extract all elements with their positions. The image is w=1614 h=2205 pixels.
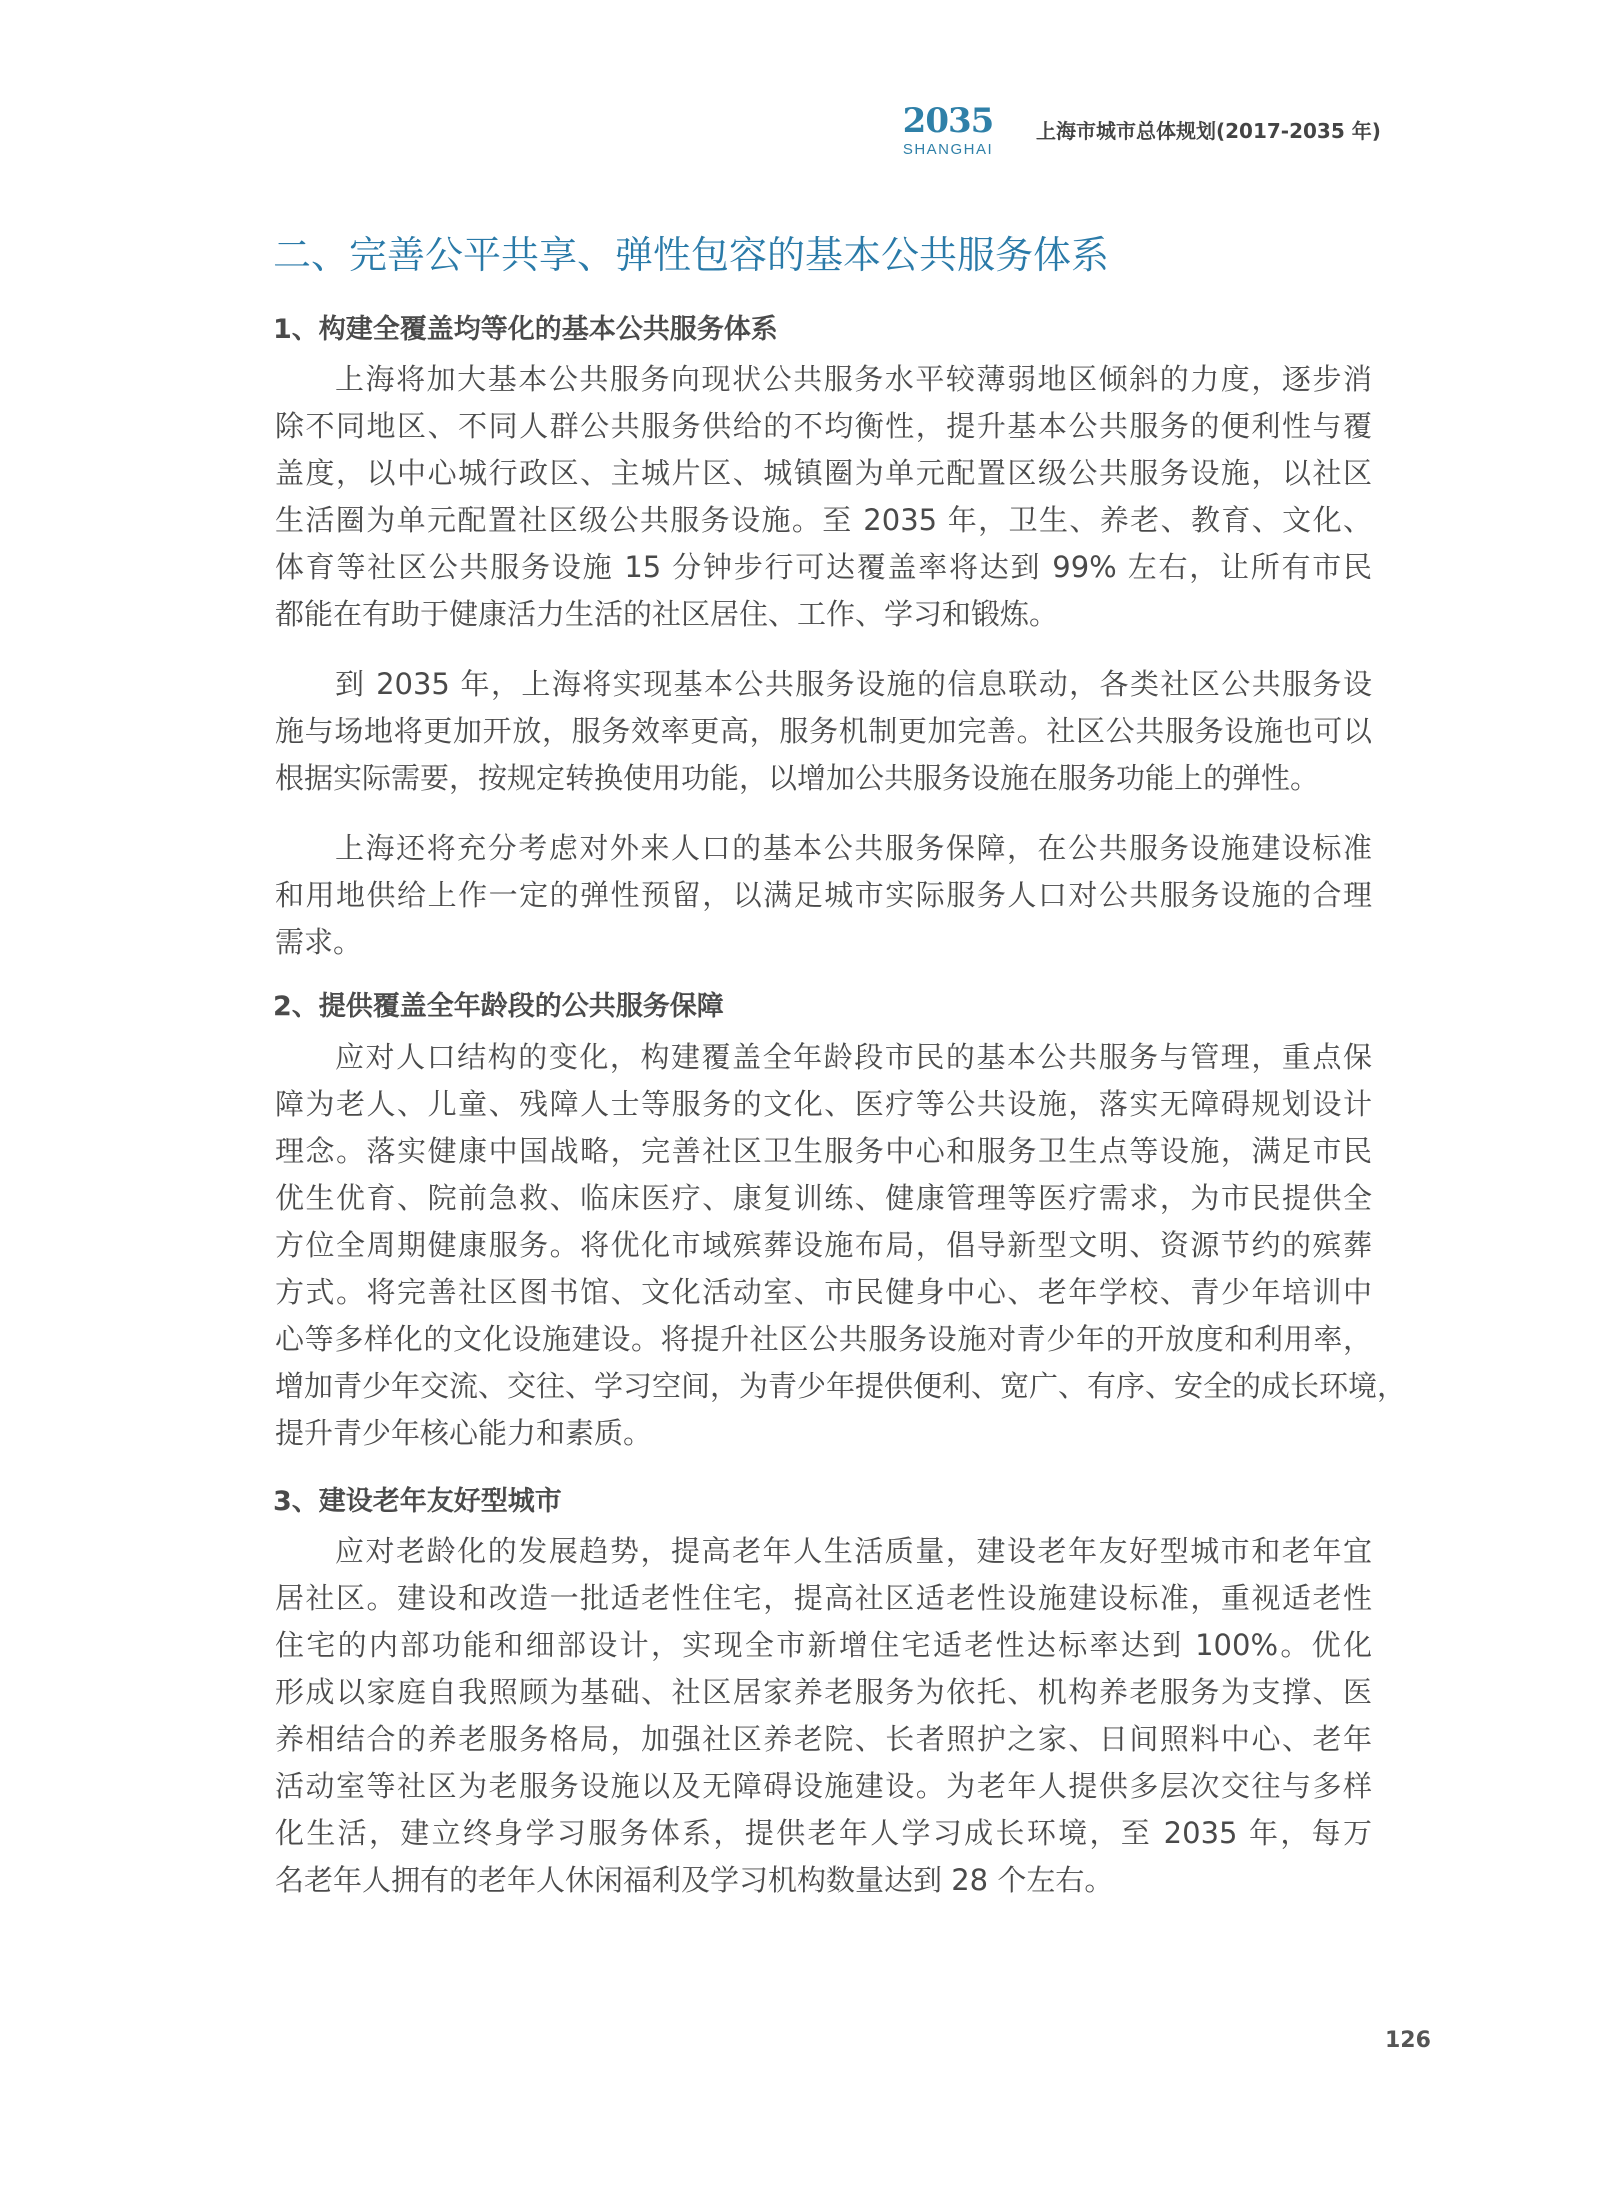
text-line: 养相结合的养老服务格局，加强社区养老院、长者照护之家、日间照料中心、老年 (275, 1722, 1372, 1756)
text-line: 优生优育、院前急救、临床医疗、康复训练、健康管理等医疗需求，为市民提供全 (275, 1181, 1372, 1215)
text-line: 应对人口结构的变化，构建覆盖全年龄段市民的基本公共服务与管理，重点保 (335, 1040, 1372, 1074)
text-line: 形成以家庭自我照顾为基础、社区居家养老服务为依托、机构养老服务为支撑、医 (275, 1675, 1372, 1709)
text-line: 住宅的内部功能和细部设计，实现全市新增住宅适老性达标率达到 100%。优化 (275, 1628, 1372, 1662)
section-title: 二、完善公平共享、弹性包容的基本公共服务体系 (273, 232, 1109, 278)
subsection-heading-3: 3、建设老年友好型城市 (273, 1486, 562, 1518)
logo-subtitle: SHANGHAI (893, 141, 1003, 159)
shanghai-2035-logo: 2035 SHANGHAI (893, 103, 1003, 163)
text-line: 根据实际需要，按规定转换使用功能，以增加公共服务设施在服务功能上的弹性。 (275, 761, 1372, 795)
text-line: 到 2035 年，上海将实现基本公共服务设施的信息联动，各类社区公共服务设 (335, 667, 1372, 701)
text-line: 理念。落实健康中国战略，完善社区卫生服务中心和服务卫生点等设施，满足市民 (275, 1134, 1372, 1168)
text-line: 需求。 (275, 925, 1372, 959)
text-line: 除不同地区、不同人群公共服务供给的不均衡性，提升基本公共服务的便利性与覆 (275, 409, 1372, 443)
text-line: 上海将加大基本公共服务向现状公共服务水平较薄弱地区倾斜的力度，逐步消 (335, 362, 1372, 396)
page-number: 126 (1385, 2026, 1431, 2056)
text-line: 应对老龄化的发展趋势，提高老年人生活质量，建设老年友好型城市和老年宜 (335, 1534, 1372, 1568)
text-line: 方位全周期健康服务。将优化市域殡葬设施布局，倡导新型文明、资源节约的殡葬 (275, 1228, 1372, 1262)
text-line: 施与场地将更加开放，服务效率更高，服务机制更加完善。社区公共服务设施也可以 (275, 714, 1372, 748)
text-line: 生活圈为单元配置社区级公共服务设施。至 2035 年，卫生、养老、教育、文化、 (275, 503, 1372, 537)
text-line: 心等多样化的文化设施建设。将提升社区公共服务设施对青少年的开放度和利用率， (275, 1322, 1372, 1356)
text-line: 盖度，以中心城行政区、主城片区、城镇圈为单元配置区级公共服务设施，以社区 (275, 456, 1372, 490)
text-line: 增加青少年交流、交往、学习空间，为青少年提供便利、宽广、有序、安全的成长环境， (275, 1369, 1372, 1403)
text-line: 和用地供给上作一定的弹性预留，以满足城市实际服务人口对公共服务设施的合理 (275, 878, 1372, 912)
subsection-heading-1: 1、构建全覆盖均等化的基本公共服务体系 (273, 314, 778, 346)
text-line: 上海还将充分考虑对外来人口的基本公共服务保障，在公共服务设施建设标准 (335, 831, 1372, 865)
text-line: 体育等社区公共服务设施 15 分钟步行可达覆盖率将达到 99% 左右，让所有市民 (275, 550, 1372, 584)
text-line: 障为老人、儿童、残障人士等服务的文化、医疗等公共设施，落实无障碍规划设计 (275, 1087, 1372, 1121)
text-line: 名老年人拥有的老年人休闲福利及学习机构数量达到 28 个左右。 (275, 1863, 1372, 1897)
text-line: 活动室等社区为老服务设施以及无障碍设施建设。为老年人提供多层次交往与多样 (275, 1769, 1372, 1803)
text-line: 方式。将完善社区图书馆、文化活动室、市民健身中心、老年学校、青少年培训中 (275, 1275, 1372, 1309)
text-line: 都能在有助于健康活力生活的社区居住、工作、学习和锻炼。 (275, 597, 1372, 631)
document-title: 上海市城市总体规划(2017-2035 年) (1036, 118, 1381, 144)
logo-number: 2035 (893, 103, 1003, 139)
subsection-heading-2: 2、提供覆盖全年龄段的公共服务保障 (273, 991, 724, 1023)
text-line: 化生活，建立终身学习服务体系，提供老年人学习成长环境，至 2035 年，每万 (275, 1816, 1372, 1850)
text-line: 居社区。建设和改造一批适老性住宅，提高社区适老性设施建设标准，重视适老性 (275, 1581, 1372, 1615)
text-line: 提升青少年核心能力和素质。 (275, 1416, 1372, 1450)
document-page: 2035 SHANGHAI 上海市城市总体规划(2017-2035 年) 二、完… (0, 0, 1614, 2205)
